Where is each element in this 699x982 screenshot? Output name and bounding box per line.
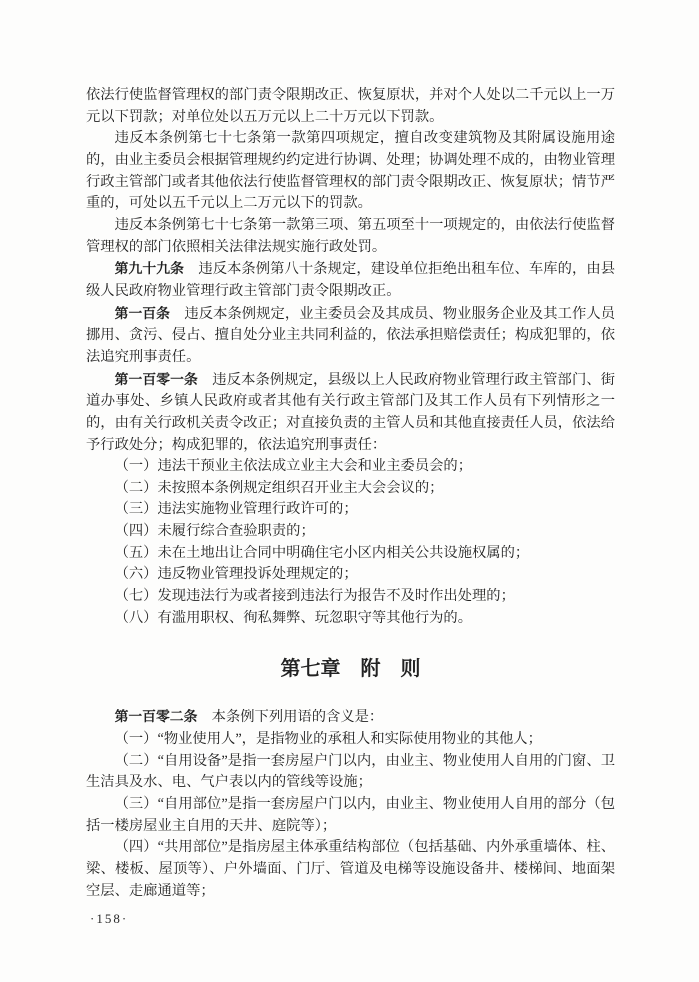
paragraph: 第一百零一条 违反本条例规定，县级以上人民政府物业管理行政主管部门、街道办事处、…: [86, 369, 615, 457]
paragraph: （一）违法干预业主依法成立业主大会和业主委员会的；: [86, 456, 615, 478]
paragraph: （一）“物业使用人”，是指物业的承租人和实际使用物业的其他人；: [86, 729, 615, 751]
paragraph: 第九十九条 违反本条例第八十条规定，建设单位拒绝出租车位、车库的，由县级人民政府…: [86, 258, 615, 302]
paragraph: （三）“自用部位”是指一套房屋户门以内，由业主、物业使用人自用的部分（包括一楼房…: [86, 794, 615, 837]
paragraph: 第一百零二条 本条例下列用语的含义是：: [86, 706, 615, 729]
paragraph: （二）“自用设备”是指一套房屋户门以内，由业主、物业使用人自用的门窗、卫生洁具及…: [86, 751, 615, 794]
paragraph: （八）有滥用职权、徇私舞弊、玩忽职守等其他行为的。: [86, 608, 615, 630]
paragraph: 第一百条 违反本条例规定，业主委员会及其成员、物业服务企业及其工作人员挪用、贪污…: [86, 303, 615, 369]
article-number: 第一百条: [115, 306, 170, 321]
article-number: 第一百零二条: [115, 709, 198, 724]
document-page: 依法行使监督管理权的部门责令限期改正、恢复原状，并对个人处以二千元以上一万元以下…: [0, 0, 699, 982]
paragraph: （二）未按照本条例规定组织召开业主大会会议的；: [86, 478, 615, 500]
paragraph: （七）发现违法行为或者接到违法行为报告不及时作出处理的；: [86, 586, 615, 608]
chapter-heading: 第七章 附 则: [86, 657, 615, 681]
article-number: 第一百零一条: [115, 372, 198, 387]
paragraph: （五）未在土地出让合同中明确住宅小区内相关公共设施权属的；: [86, 543, 615, 565]
paragraph: 违反本条例第七十七条第一款第四项规定，擅自改变建筑物及其附属设施用途的，由业主委…: [86, 128, 615, 215]
document-body: 依法行使监督管理权的部门责令限期改正、恢复原状，并对个人处以二千元以上一万元以下…: [86, 85, 615, 902]
paragraph: （六）违反物业管理投诉处理规定的；: [86, 564, 615, 586]
paragraph: （四）“共用部位”是指房屋主体承重结构部位（包括基础、内外承重墙体、柱、梁、楼板…: [86, 837, 615, 902]
paragraph: 违反本条例第七十七条第一款第三项、第五项至十一项规定的，由依法行使监督管理权的部…: [86, 215, 615, 258]
article-number: 第九十九条: [115, 261, 184, 276]
paragraph: （三）违法实施物业管理行政许可的；: [86, 499, 615, 521]
paragraph: （四）未履行综合查验职责的；: [86, 521, 615, 543]
page-number: ·158·: [90, 911, 128, 927]
paragraph: 依法行使监督管理权的部门责令限期改正、恢复原状，并对个人处以二千元以上一万元以下…: [86, 85, 615, 128]
